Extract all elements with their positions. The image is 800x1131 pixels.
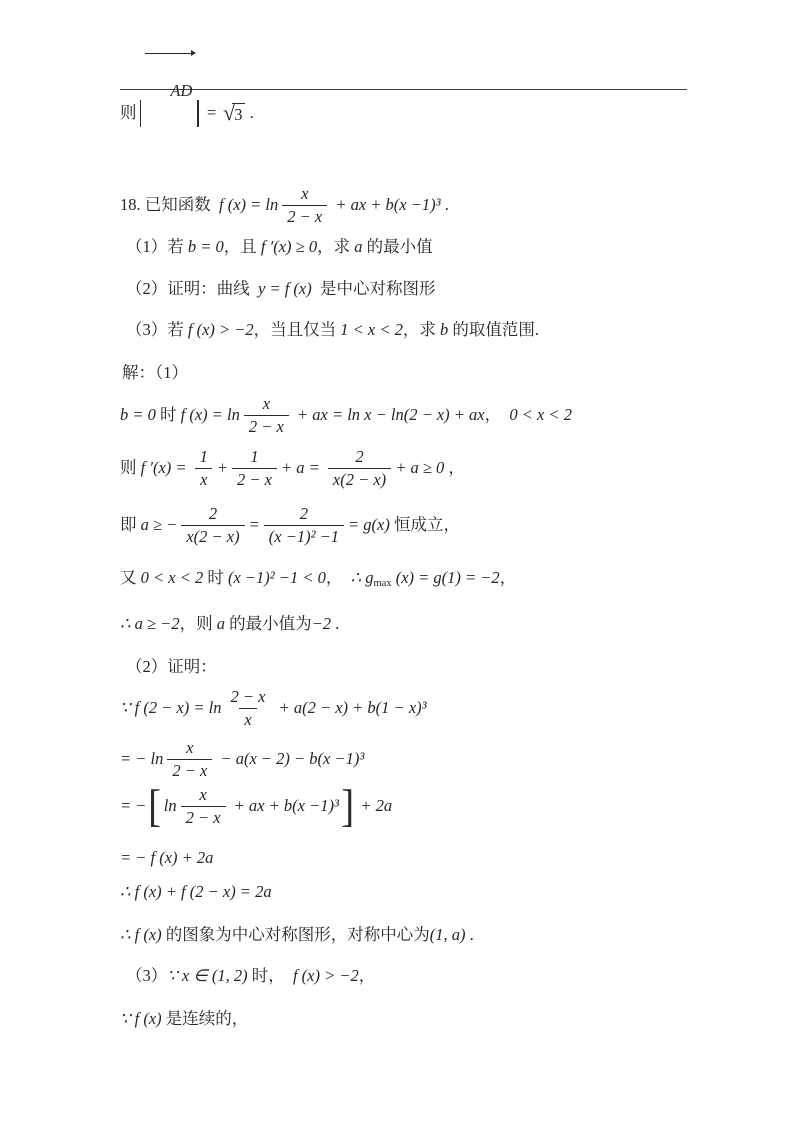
math-run: = − <box>120 795 146 817</box>
math-run: AD <box>170 81 192 100</box>
math-run: − a(x − 2) − b(x −1)³ <box>216 748 364 770</box>
math-run: + 2a <box>356 795 392 817</box>
line-equals-step-2: = − [ ln x 2 − x + ax + b(x −1)³ ] + 2a <box>120 783 392 829</box>
document-page: 则 AD = √ 3 . 18. 已知函数 f (x) = ln x 2 − x… <box>0 0 800 1131</box>
math-run: f ′(x) = <box>141 457 191 479</box>
text-run: . <box>466 924 474 946</box>
text-run: 恒成立， <box>394 514 460 536</box>
fraction-denominator: 2 − x <box>232 468 277 490</box>
text-run: ， <box>326 567 351 589</box>
text-run: . <box>331 613 339 635</box>
text-run: 解：（1） <box>122 362 188 384</box>
math-run: ∵ f (x) <box>120 1008 166 1030</box>
math-run: f (x) = ln <box>219 194 278 216</box>
text-run: ，且 <box>224 236 261 258</box>
math-run: (1, a) <box>430 924 466 946</box>
fraction: 1 2 − x <box>232 447 277 490</box>
part-label: （1） <box>126 236 167 258</box>
line-continuity: ∵ f (x) 是连续的， <box>120 1008 248 1030</box>
math-run: 0 < x < 2 <box>501 404 572 426</box>
line-problem-18: 18. 已知函数 f (x) = ln x 2 − x + ax + b(x −… <box>120 184 449 227</box>
line-part1-conclusion: ∴ a ≥ −2 ，则 a 的最小值为 −2 . <box>120 613 339 635</box>
math-run: ∴ a ≥ −2 <box>120 613 180 635</box>
text-run: 是连续的， <box>166 1008 249 1030</box>
line-vector-ad-result: 则 AD = √ 3 . <box>120 98 254 128</box>
fraction-numerator: 2 <box>350 447 368 468</box>
text-run: 是中心对称图形 <box>316 278 436 300</box>
text-run: . <box>441 194 449 216</box>
math-run: + a(2 − x) + b(1 − x)³ <box>274 697 426 719</box>
math-run: + ax + b(x −1)³ <box>230 795 339 817</box>
fraction: 2 (x −1)² −1 <box>264 504 344 547</box>
math-run: = g(x) <box>348 514 394 536</box>
text-run: ，求 <box>403 319 440 341</box>
math-run: b = 0 <box>188 236 224 258</box>
fraction-numerator: 2 <box>295 504 313 525</box>
fraction-numerator: 2 − x <box>226 687 271 708</box>
math-run: ∴ g <box>351 567 374 589</box>
line-equals-step-3: = − f (x) + 2a <box>120 847 213 869</box>
fraction-denominator: (x −1)² −1 <box>264 525 344 547</box>
vector-arrow-line <box>145 53 191 54</box>
math-run: ∴ f (x) + f (2 − x) = 2a <box>120 881 272 903</box>
text-run: . <box>245 102 253 124</box>
sqrt-radicand: 3 <box>232 103 245 124</box>
math-run: f ′(x) ≥ 0 <box>261 236 317 258</box>
text-run: ， <box>500 567 517 589</box>
text-run: 则 <box>120 457 141 479</box>
fraction-numerator: 1 <box>245 447 263 468</box>
math-run: + ax + b(x −1)³ <box>331 194 440 216</box>
math-run: a <box>354 236 366 258</box>
math-run: a <box>217 613 229 635</box>
math-run: ∵ f (2 − x) = ln <box>120 697 222 719</box>
text-run: 已知函数 <box>141 194 219 216</box>
vector-arrow-head <box>191 50 196 56</box>
line-gmax: 又 0 < x < 2 时 (x −1)² −1 < 0 ， ∴ g max (… <box>120 567 516 589</box>
text-run: 若 <box>167 236 188 258</box>
text-run: 则 <box>120 102 137 124</box>
fraction-numerator: x <box>194 785 211 806</box>
line-inequality-g: 即 a ≥ − 2 x(2 − x) = 2 (x −1)² −1 = g(x)… <box>120 504 460 547</box>
math-run: + <box>217 457 228 479</box>
math-run: + a ≥ 0 <box>395 457 444 479</box>
fraction: x 2 − x <box>282 184 327 227</box>
line-equals-step-1: = − ln x 2 − x − a(x − 2) − b(x −1)³ <box>120 738 364 781</box>
fraction: 2 x(2 − x) <box>328 447 391 490</box>
fraction: x 2 − x <box>181 785 226 828</box>
abs-bar-right <box>197 100 198 127</box>
text-run: ， <box>444 457 465 479</box>
math-run: −2 <box>312 613 331 635</box>
fraction-denominator: 2 − x <box>244 415 289 437</box>
line-f-of-2-minus-x: ∵ f (2 − x) = ln 2 − x x + a(2 − x) + b(… <box>120 687 427 730</box>
fraction-denominator: 2 − x <box>181 806 226 828</box>
vector-ad: AD <box>144 57 194 168</box>
math-run: f (x) = ln <box>177 404 240 426</box>
fraction-denominator: x <box>239 708 256 730</box>
text-run: 证明：曲线 <box>167 278 254 300</box>
math-run: ln <box>164 795 177 817</box>
sqrt-expression: √ 3 <box>223 103 245 124</box>
math-run: (x −1)² −1 < 0 <box>224 567 326 589</box>
subscript-max: max <box>374 577 392 591</box>
math-run: f (x) > −2 <box>289 965 359 987</box>
line-part3-start: （3） ∵ x ∈ (1, 2) 时， f (x) > −2 ， <box>126 965 375 987</box>
fraction-denominator: x(2 − x) <box>328 468 391 490</box>
math-run: b <box>440 319 452 341</box>
math-run: ∴ f (x) <box>120 924 166 946</box>
fraction-denominator: 2 − x <box>167 759 212 781</box>
part-label: （2） <box>126 278 167 300</box>
math-run: ∵ x ∈ (1, 2) <box>167 965 251 987</box>
fraction-numerator: x <box>296 184 313 205</box>
fraction: x 2 − x <box>244 394 289 437</box>
math-run: a ≥ − <box>141 514 178 536</box>
text-run: 又 <box>120 567 141 589</box>
text-run: 时 <box>160 404 177 426</box>
text-run: 的取值范围. <box>452 319 539 341</box>
fraction-numerator: x <box>181 738 198 759</box>
part-label: （3） <box>126 965 167 987</box>
fraction-numerator: x <box>258 394 275 415</box>
text-run: ， <box>359 965 376 987</box>
fraction: 1 x <box>195 447 213 490</box>
math-run: = − f (x) + 2a <box>120 847 213 869</box>
text-run: 的最小值 <box>367 236 433 258</box>
math-run: = <box>202 102 221 124</box>
text-run: 即 <box>120 514 141 536</box>
line-b-zero-substitution: b = 0 时 f (x) = ln x 2 − x + ax = ln x −… <box>120 394 572 437</box>
part-label: （3） <box>126 319 167 341</box>
math-run: y = f (x) <box>254 278 316 300</box>
fraction: 2 − x x <box>226 687 271 730</box>
fraction: 2 x(2 − x) <box>181 504 244 547</box>
fraction-numerator: 2 <box>204 504 222 525</box>
math-run: f (x) > −2 <box>188 319 254 341</box>
header-rule <box>120 89 687 90</box>
abs-bar-left <box>140 100 141 127</box>
text-run: ，当且仅当 <box>254 319 341 341</box>
big-bracket-left: [ <box>149 783 162 829</box>
text-run: ，求 <box>317 236 354 258</box>
fraction-denominator: 2 − x <box>282 205 327 227</box>
line-part2-question: （2） 证明：曲线 y = f (x) 是中心对称图形 <box>126 278 435 300</box>
problem-number: 18. <box>120 194 141 216</box>
math-run: + ax = ln x − ln(2 − x) + ax <box>293 404 485 426</box>
line-part3-question: （3） 若 f (x) > −2 ，当且仅当 1 < x < 2 ，求 b 的取… <box>126 319 539 341</box>
math-run: 0 < x < 2 <box>141 567 208 589</box>
fraction-denominator: x(2 − x) <box>181 525 244 547</box>
text-run: 的图象为中心对称图形，对称中心为 <box>166 924 430 946</box>
line-derivative: 则 f ′(x) = 1 x + 1 2 − x + a = 2 x(2 − x… <box>120 447 465 490</box>
text-run: ，则 <box>180 613 217 635</box>
line-symmetry-sum: ∴ f (x) + f (2 − x) = 2a <box>120 881 272 903</box>
text-run: （2）证明： <box>126 656 217 678</box>
text-run: 若 <box>167 319 188 341</box>
line-part2-conclusion: ∴ f (x) 的图象为中心对称图形，对称中心为 (1, a) . <box>120 924 474 946</box>
fraction-denominator: x <box>195 468 212 490</box>
math-run: = − ln <box>120 748 163 770</box>
text-run: 时 <box>207 567 224 589</box>
text-run: ， <box>485 404 502 426</box>
text-run: 时， <box>252 965 289 987</box>
math-run: b = 0 <box>120 404 160 426</box>
line-solution-label: 解：（1） <box>122 362 188 384</box>
math-run: + a = <box>281 457 324 479</box>
math-run: = <box>249 514 260 536</box>
text-run: 的最小值为 <box>229 613 312 635</box>
math-run: 1 < x < 2 <box>340 319 403 341</box>
line-part2-proof-label: （2）证明： <box>126 656 217 678</box>
line-part1-question: （1） 若 b = 0 ，且 f ′(x) ≥ 0 ，求 a 的最小值 <box>126 236 433 258</box>
fraction-numerator: 1 <box>195 447 213 468</box>
math-run: (x) = g(1) = −2 <box>392 567 500 589</box>
big-bracket-right: ] <box>341 783 354 829</box>
fraction: x 2 − x <box>167 738 212 781</box>
